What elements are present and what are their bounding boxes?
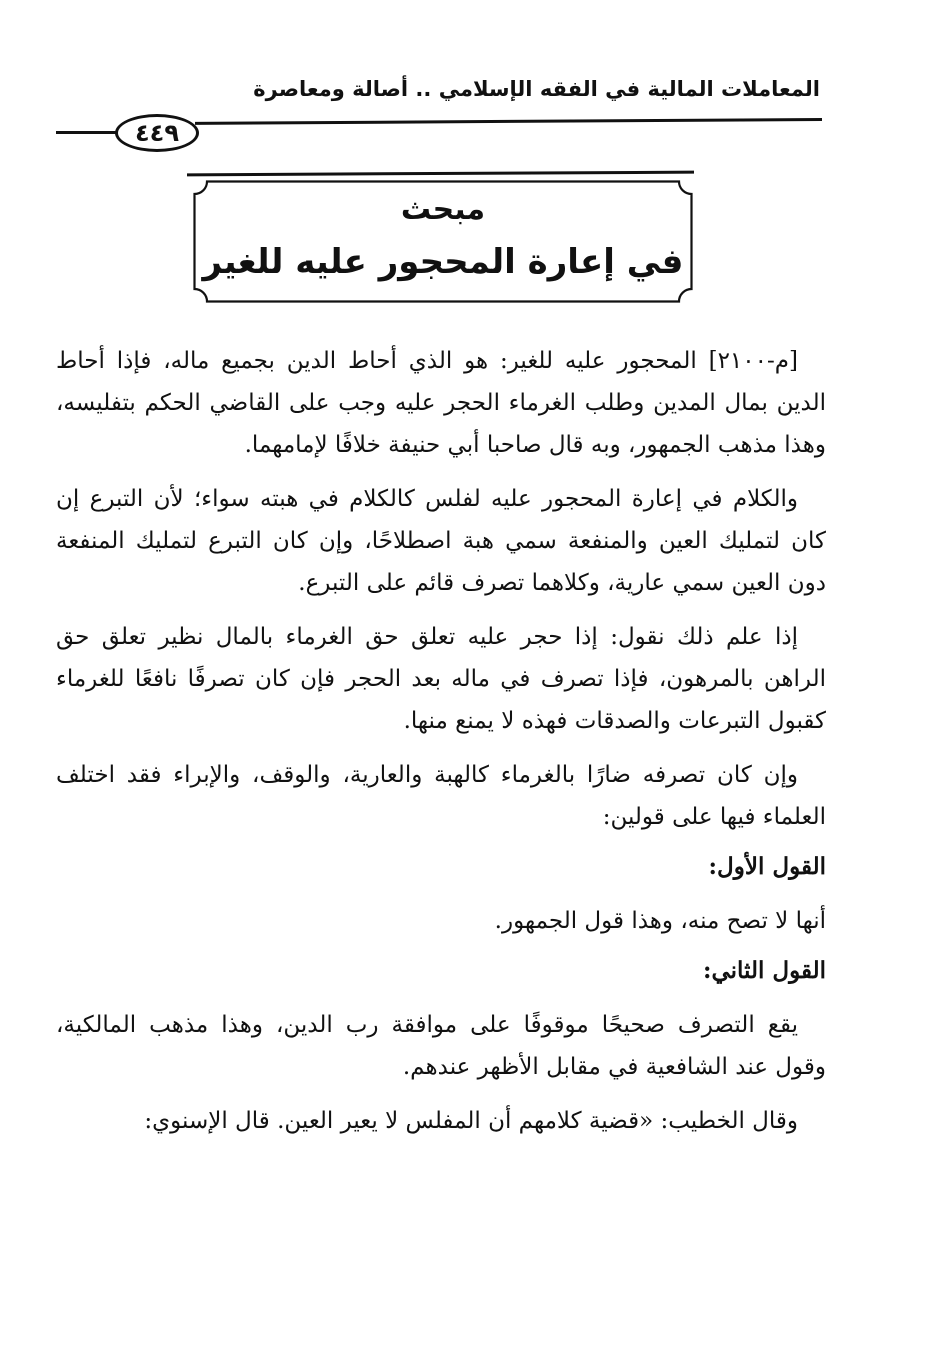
section-label: مبحث	[193, 192, 693, 228]
paragraph-creditor-rights: إذا علم ذلك نقول: إذا حجر عليه تعلق حق ا…	[56, 616, 826, 742]
first-opinion-text: أنها لا تصح منه، وهذا قول الجمهور.	[56, 900, 826, 942]
paragraph-definition: [م-٢١٠٠] المحجور عليه للغير: هو الذي أحا…	[56, 340, 826, 466]
header-divider	[195, 118, 822, 125]
closing-quote-paragraph: وقال الخطيب: «قضية كلامهم أن المفلس لا ي…	[56, 1100, 826, 1142]
running-header-title: المعاملات المالية في الفقه الإسلامي .. أ…	[120, 74, 820, 104]
title-box-top-rule	[187, 171, 694, 177]
header-divider-left	[56, 131, 118, 134]
page-number-badge: ٤٤٩	[115, 114, 199, 152]
first-opinion-heading: القول الأول:	[56, 846, 826, 888]
paragraph-harmful-disposal: وإن كان تصرفه ضارًا بالغرماء كالهبة والع…	[56, 754, 826, 838]
section-title-box: مبحث في إعارة المحجور عليه للغير	[193, 180, 693, 303]
second-opinion-text: يقع التصرف صحيحًا موقوفًا على موافقة رب …	[56, 1004, 826, 1088]
second-opinion-heading: القول الثاني:	[56, 950, 826, 992]
section-title: في إعارة المحجور عليه للغير	[193, 240, 693, 284]
page-number: ٤٤٩	[135, 121, 179, 145]
page-body: [م-٢١٠٠] المحجور عليه للغير: هو الذي أحا…	[56, 340, 826, 1154]
paragraph-lending-as-gift: والكلام في إعارة المحجور عليه لفلس كالكل…	[56, 478, 826, 604]
